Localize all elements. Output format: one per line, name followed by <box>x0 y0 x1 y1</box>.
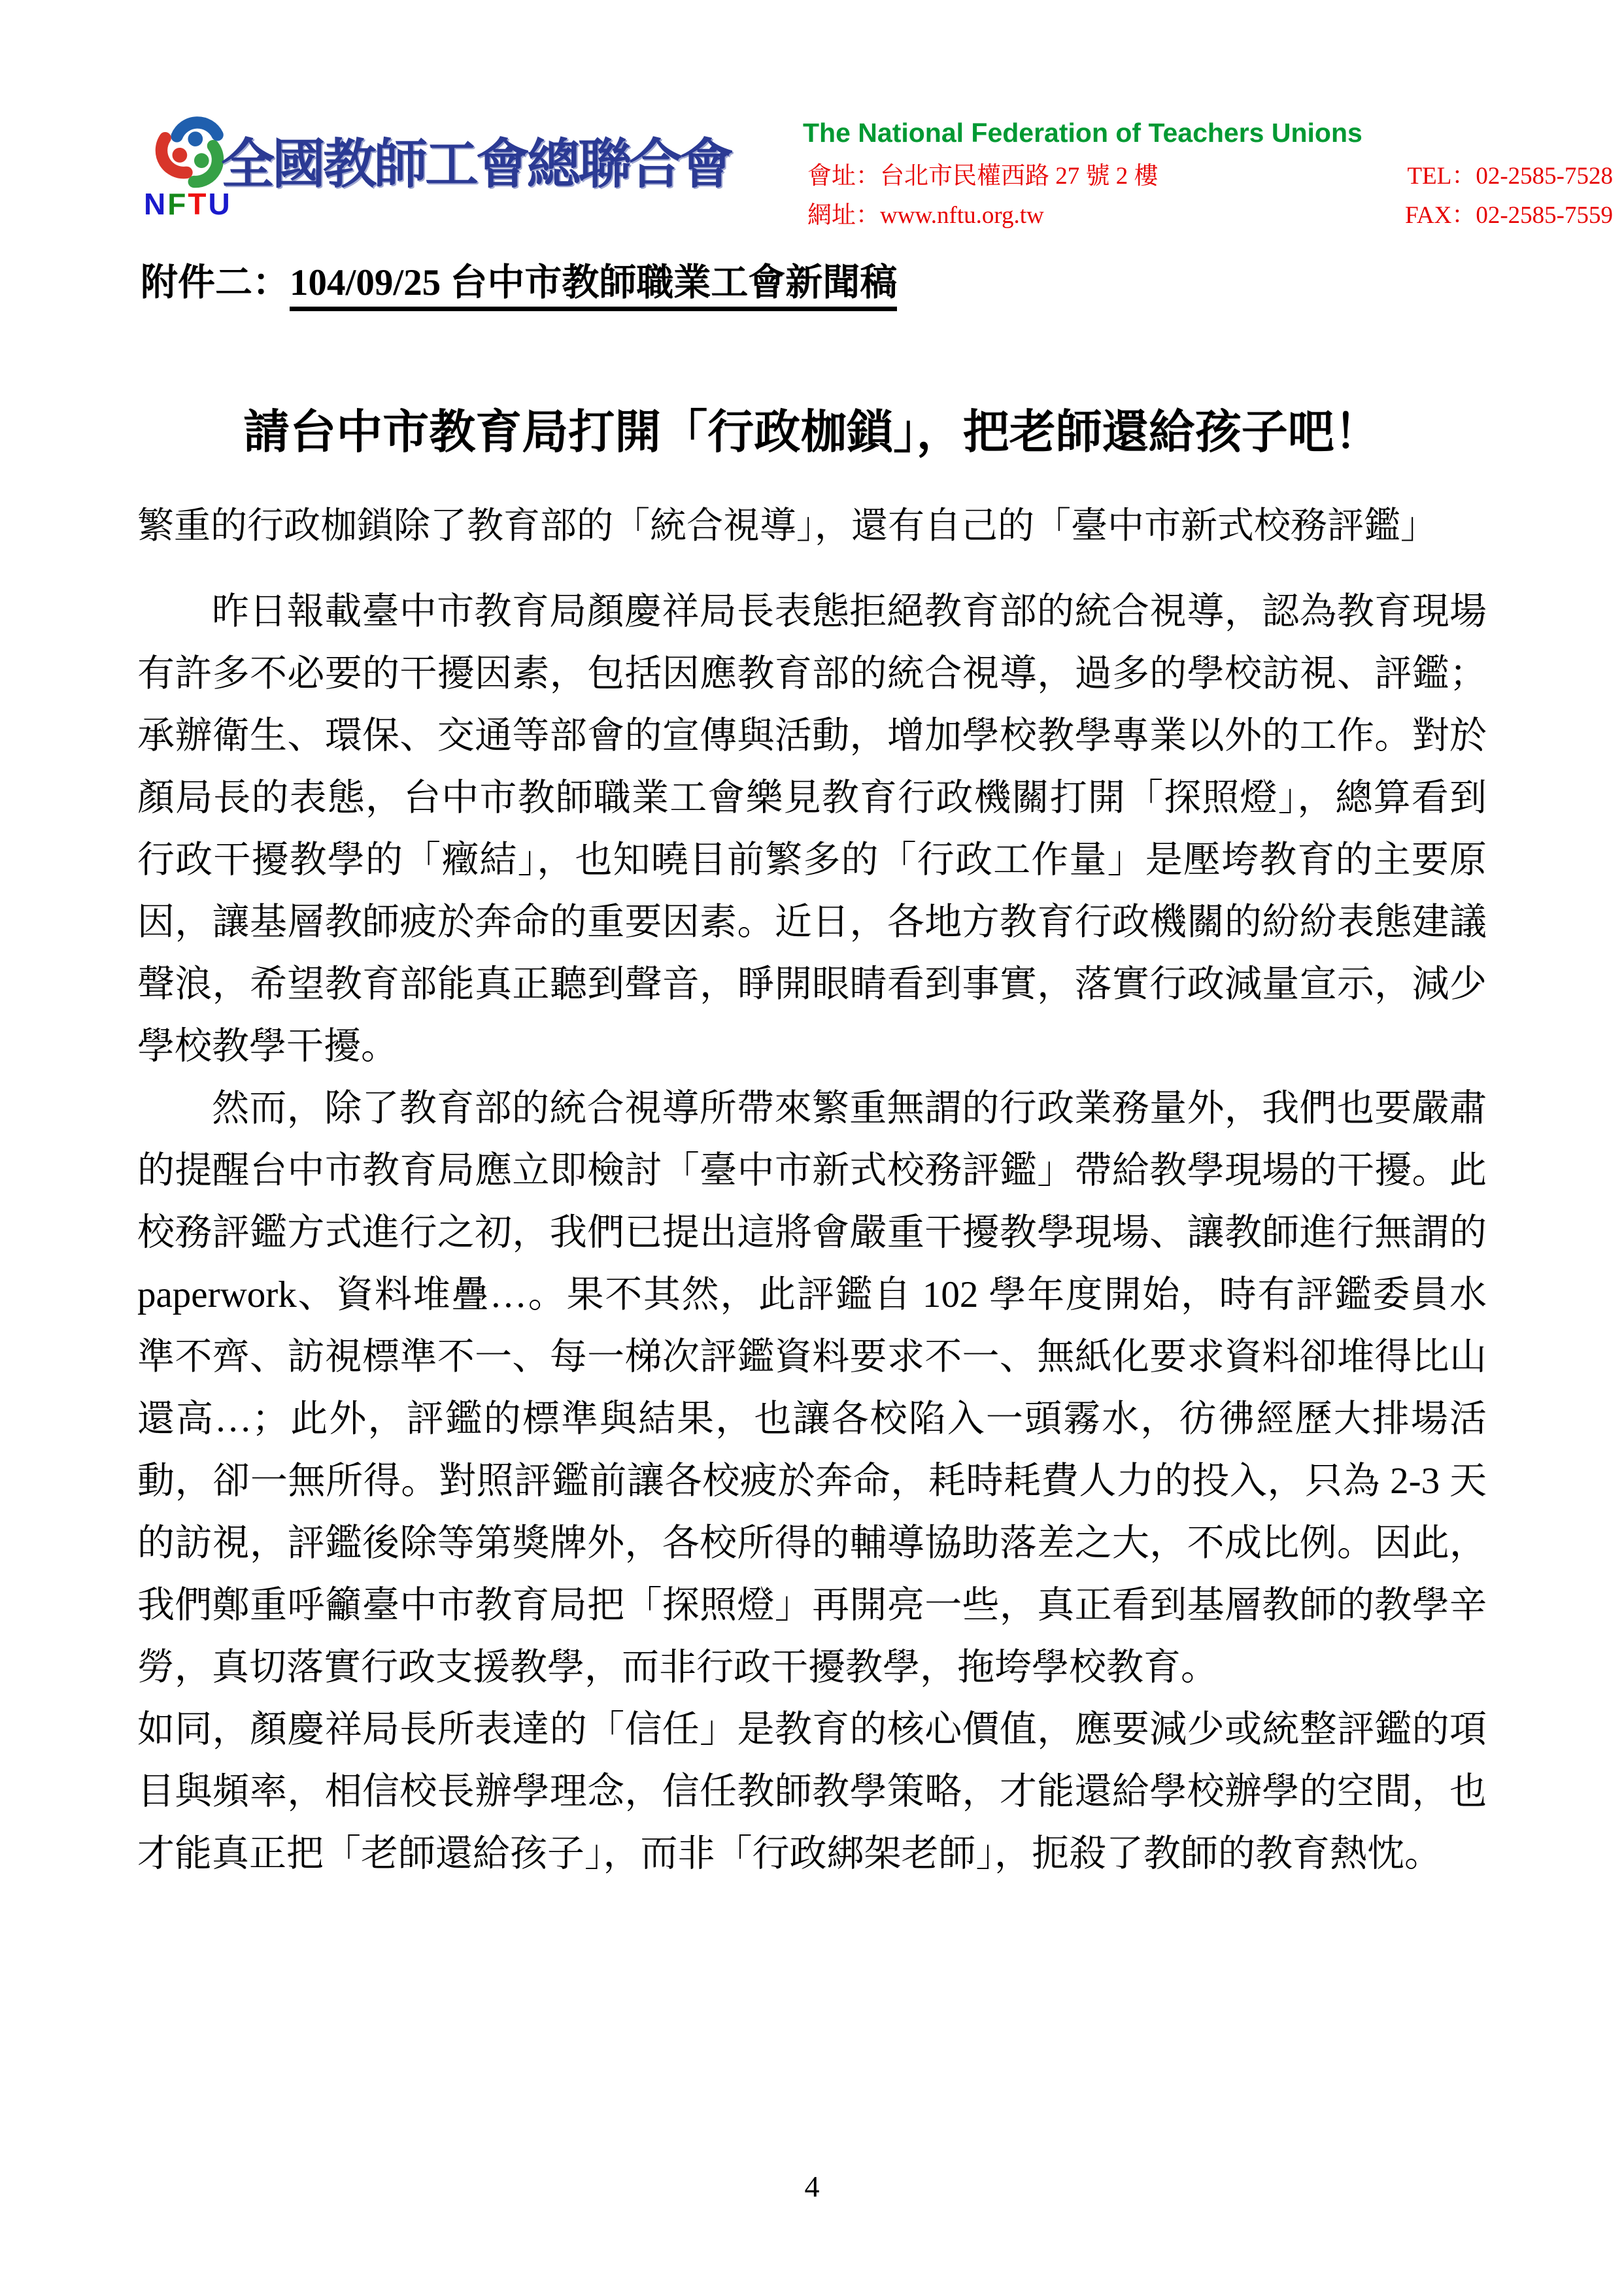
contact-row-2: 網址：www.nftu.org.tw FAX：02-2585-7559 <box>807 195 1613 230</box>
contact-tel: TEL：02-2585-7528 <box>1408 156 1613 191</box>
document-page: NFTU 全國教師工會總聯合會 The National Federation … <box>0 0 1624 2294</box>
page-number: 4 <box>0 2169 1624 2204</box>
article-body: 昨日報載臺中市教育局顏慶祥局長表態拒絕教育部的統合視導，認為教育現場有許多不必要… <box>137 581 1487 1885</box>
org-name-calligraphy: 全國教師工會總聯合會 <box>221 126 737 204</box>
nftu-letter-f: F <box>167 187 188 221</box>
attachment-caption: 附件二：104/09/25 台中市教師職業工會新聞稿 <box>141 252 897 306</box>
contact-fax: FAX：02-2585-7559 <box>1405 195 1613 230</box>
paragraph-2: 然而，除了教育部的統合視導所帶來繁重無謂的行政業務量外，我們也要嚴肅的提醒台中市… <box>137 1077 1487 1698</box>
paragraph-1: 昨日報載臺中市教育局顏慶祥局長表態拒絕教育部的統合視導，認為教育現場有許多不必要… <box>137 581 1487 1077</box>
attachment-underlined-title: 104/09/25 台中市教師職業工會新聞稿 <box>290 262 897 311</box>
attachment-prefix: 附件二： <box>141 262 290 303</box>
paragraph-3: 如同，顏慶祥局長所表達的「信任」是教育的核心價值，應要減少或統整評鑑的項目與頻率… <box>137 1698 1487 1885</box>
article-title: 請台中市教育局打開「行政枷鎖」，把老師還給孩子吧！ <box>137 400 1487 465</box>
contact-website: 網址：www.nftu.org.tw <box>807 195 1044 230</box>
contact-address: 會址：台北市民權西路 27 號 2 樓 <box>807 156 1159 191</box>
nftu-letter-t: T <box>188 187 208 221</box>
contact-row-1: 會址：台北市民權西路 27 號 2 樓 TEL：02-2585-7528 <box>807 156 1613 191</box>
article-subtitle: 繁重的行政枷鎖除了教育部的「統合視導」，還有自己的「臺中市新式校務評鑑」 <box>137 496 1487 558</box>
org-name-english: The National Federation of Teachers Unio… <box>803 118 1614 148</box>
nftu-letter-n: N <box>144 187 167 221</box>
